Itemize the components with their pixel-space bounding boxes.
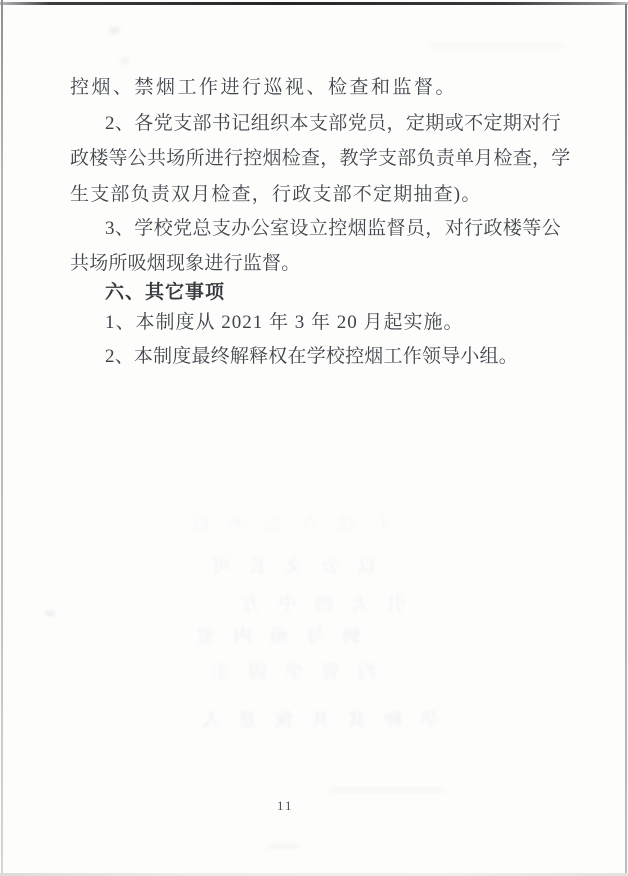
bleedthrough-text: 引 大 四 中 方: [235, 590, 406, 616]
text-line: 3、学校党总支办公室设立控烟监督员，对行政楼等公: [105, 217, 561, 241]
scan-smudge: [330, 788, 445, 792]
scan-edge-left: [1, 0, 3, 876]
bleedthrough-text: 以 公 文 长 可: [205, 552, 376, 578]
text-line: 控烟、禁烟工作进行巡视、检查和监督。: [70, 76, 457, 100]
bleedthrough-text: 到 与 亟 内 室: [190, 622, 361, 648]
text-line: 2、本制度最终解释权在学校控烟工作领导小组。: [105, 345, 518, 369]
bleedthrough-text: 约 管 学 固 主: [205, 658, 376, 684]
bleedthrough-text: 十 以 六 公 不 后: [185, 510, 393, 536]
text-line: 共场所吸烟现象进行监督。: [70, 252, 300, 276]
scan-smudge: [121, 58, 128, 63]
section-heading: 六、其它事项: [105, 281, 225, 305]
scan-smudge: [430, 44, 565, 47]
text-line: 2、各党支部书记组织本支部党员，定期或不定期对行: [105, 112, 561, 136]
scan-smudge: [110, 28, 119, 33]
scan-edge-right: [625, 4, 627, 876]
text-line: 政楼等公共场所进行控烟检查，教学支部负责单月检查，学: [70, 147, 571, 171]
page-number: 11: [277, 798, 294, 814]
text-line: 生支部负责双月检查，行政支部不定期抽查)。: [70, 183, 482, 207]
scan-edge-top: [0, 2, 628, 5]
scanned-document-page: 控烟、禁烟工作进行巡视、检查和监督。 2、各党支部书记组织本支部党员，定期或不定…: [0, 0, 628, 876]
scan-smudge: [46, 612, 54, 615]
bleedthrough-text: 孕 种 其 共 恢 意 人: [195, 706, 439, 732]
text-line: 1、本制度从 2021 年 3 年 20 月起实施。: [105, 311, 464, 335]
scan-smudge: [268, 845, 298, 848]
